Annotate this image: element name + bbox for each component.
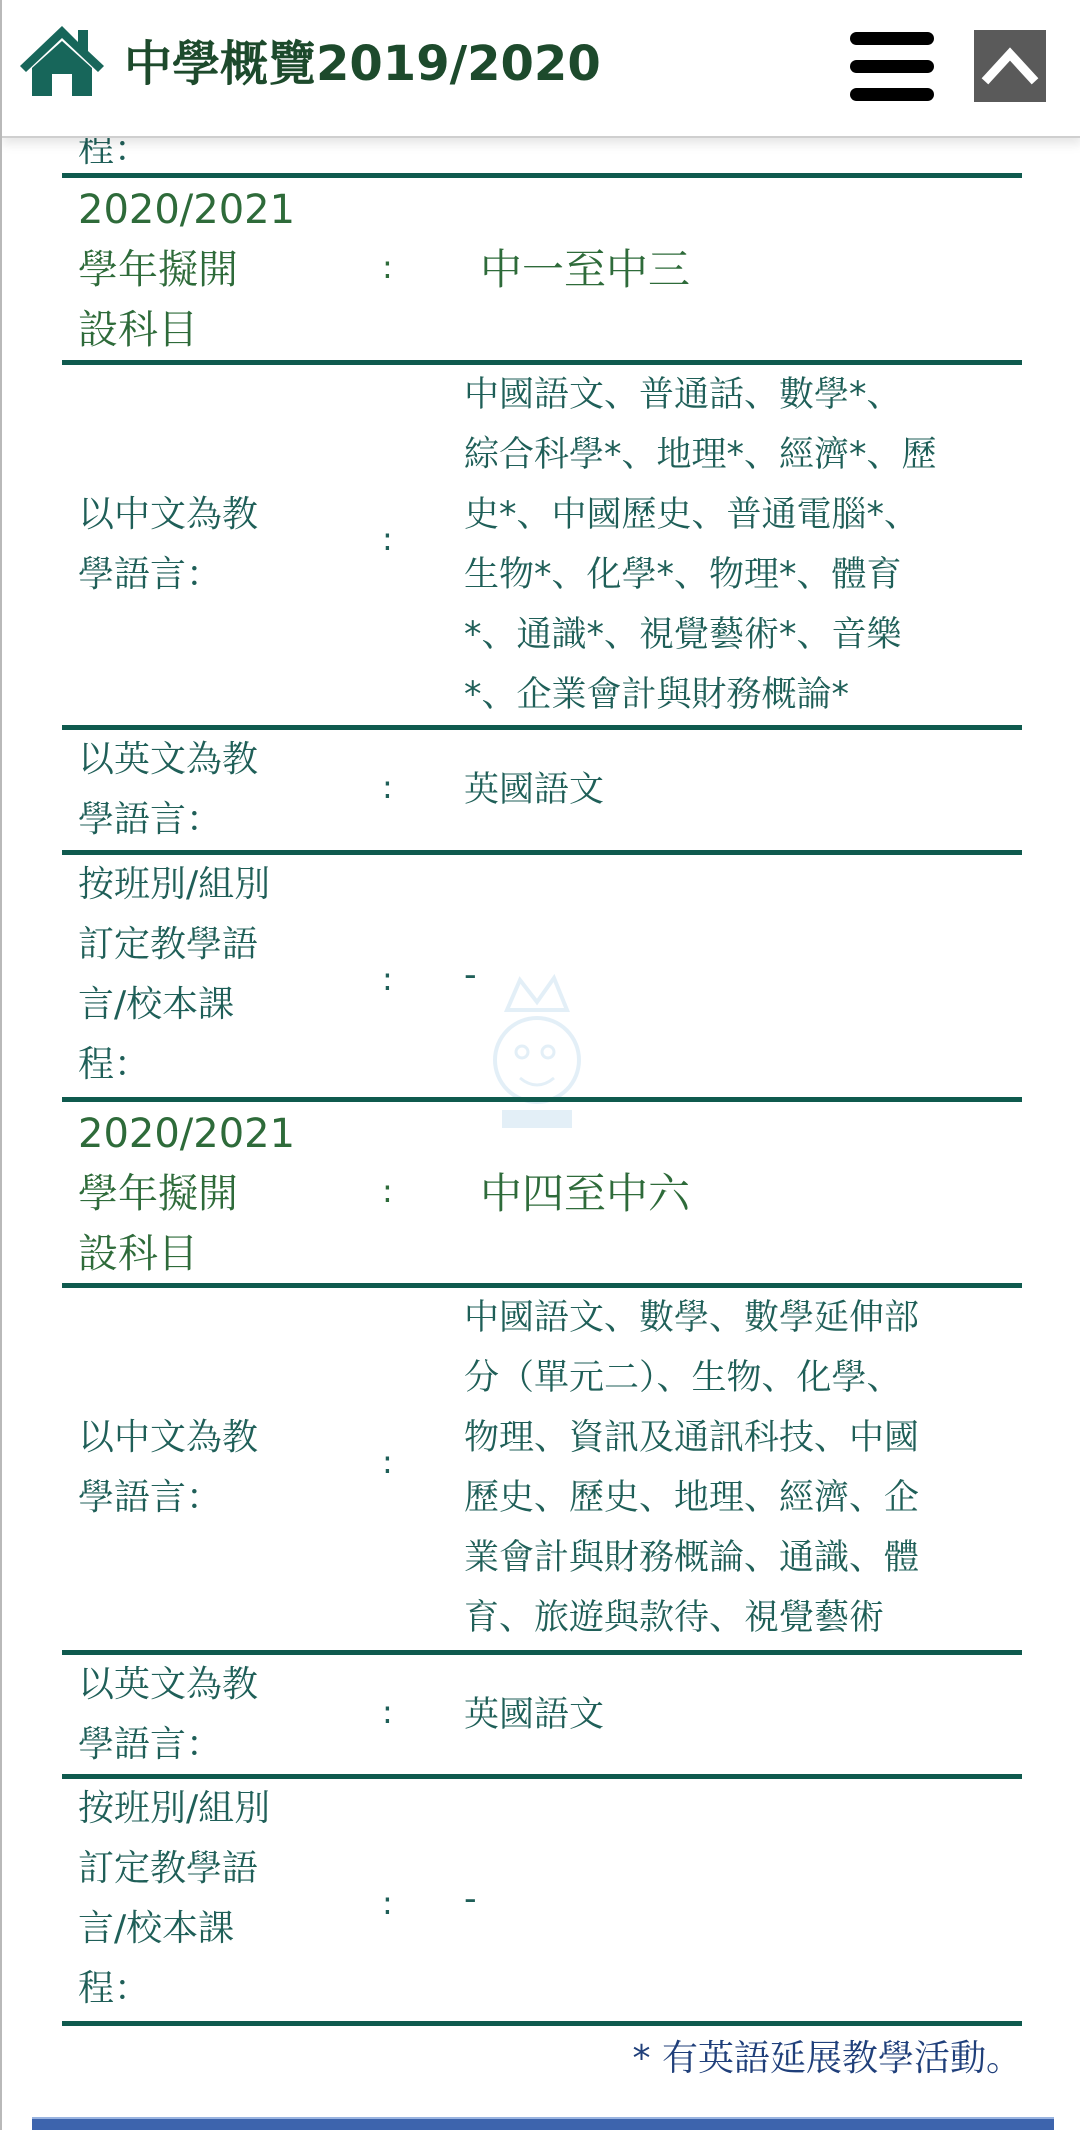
section-heading-label: 2020/2021 學年擬開 設科目 (78, 1104, 328, 1284)
value-line: 綜合科學*、地理*、經濟*、歷 (464, 425, 1029, 485)
home-icon (16, 22, 108, 98)
section-heading-value: 中四至中六 (480, 1164, 1045, 1224)
row-label: 以中文為教 學語言： (78, 485, 328, 605)
row-value: - (464, 1869, 1029, 1929)
hamburger-menu-icon-bar (850, 88, 934, 101)
row-label: 以英文為教 學語言： (78, 730, 328, 850)
value-line: 分（單元二）、生物、化學、 (464, 1348, 1029, 1408)
row-label: 按班別/組別 訂定教學語 言/校本課 程： (78, 855, 328, 1095)
row-value: 英國語文 (464, 760, 1029, 820)
divider (62, 2021, 1022, 2026)
label-line: 以中文為教 (78, 1408, 328, 1468)
label-line: 以英文為教 (78, 1655, 328, 1715)
menu-button[interactable] (850, 30, 936, 102)
label-line: 以英文為教 (78, 730, 328, 790)
heading-line: 2020/2021 (78, 1104, 328, 1164)
label-line: 訂定教學語 (78, 915, 328, 975)
value-line: 物理、資訊及通訊科技、中國 (464, 1408, 1029, 1468)
label-line: 言/校本課 (78, 1899, 328, 1959)
value-line: 歷史、歷史、地理、經濟、企 (464, 1468, 1029, 1528)
home-button[interactable] (16, 22, 108, 98)
watermark-logo (482, 970, 592, 1140)
label-line: 學語言： (78, 1715, 328, 1775)
chevron-up-icon (974, 30, 1046, 102)
heading-line: 學年擬開 (78, 1164, 328, 1224)
page-title: 中學概覽2019/2020 (124, 36, 601, 92)
value-line: 育、旅遊與款待、視覺藝術 (464, 1588, 1029, 1648)
scroll-to-top-button[interactable] (974, 30, 1046, 102)
value-line: 生物*、化學*、物理*、體育 (464, 545, 1029, 605)
label-line: 學語言： (78, 1468, 328, 1528)
value-line: *、通識*、視覺藝術*、音樂 (464, 605, 1029, 665)
section-heading-label: 2020/2021 學年擬開 設科目 (78, 180, 328, 360)
colon-separator: : (382, 520, 393, 558)
label-line: 以中文為教 (78, 485, 328, 545)
divider (62, 173, 1022, 178)
label-line: 學語言： (78, 545, 328, 605)
bottom-bar (32, 2117, 1054, 2130)
label-line: 程： (78, 1035, 328, 1095)
colon-separator: : (382, 768, 393, 806)
row-value-subjects: 中國語文、數學、數學延伸部 分（單元二）、生物、化學、 物理、資訊及通訊科技、中… (464, 1288, 1029, 1648)
hamburger-menu-icon-bar (850, 60, 934, 73)
heading-line: 學年擬開 (78, 240, 328, 300)
value-line: *、企業會計與財務概論* (464, 665, 1029, 725)
value-line: 中國語文、普通話、數學*、 (464, 365, 1029, 425)
heading-line: 2020/2021 (78, 180, 328, 240)
label-line: 言/校本課 (78, 975, 328, 1035)
heading-line: 設科目 (78, 300, 328, 360)
row-label: 按班別/組別 訂定教學語 言/校本課 程： (78, 1779, 328, 2019)
row-value: 英國語文 (464, 1685, 1029, 1745)
label-line: 訂定教學語 (78, 1839, 328, 1899)
label-line: 學語言： (78, 790, 328, 850)
label-line: 按班別/組別 (78, 855, 328, 915)
colon-separator: : (382, 1884, 393, 1922)
heading-line: 設科目 (78, 1224, 328, 1284)
value-line: 業會計與財務概論、通識、體 (464, 1528, 1029, 1588)
colon-separator: : (382, 1172, 393, 1210)
row-label: 以英文為教 學語言： (78, 1655, 328, 1775)
colon-separator: : (382, 248, 393, 286)
label-line: 按班別/組別 (78, 1779, 328, 1839)
row-label: 以中文為教 學語言： (78, 1408, 328, 1528)
top-app-bar: 中學概覽2019/2020 (2, 0, 1080, 138)
divider (62, 1097, 1022, 1102)
row-value-subjects: 中國語文、普通話、數學*、 綜合科學*、地理*、經濟*、歷 史*、中國歷史、普通… (464, 365, 1029, 725)
value-line: 史*、中國歷史、普通電腦*、 (464, 485, 1029, 545)
section-heading-value: 中一至中三 (480, 240, 1045, 300)
footnote: * 有英語延展教學活動。 (633, 2030, 1022, 2081)
colon-separator: : (382, 1443, 393, 1481)
colon-separator: : (382, 1693, 393, 1731)
label-line: 程： (78, 1959, 328, 2019)
value-line: 中國語文、數學、數學延伸部 (464, 1288, 1029, 1348)
hamburger-menu-icon (850, 32, 934, 45)
colon-separator: : (382, 960, 393, 998)
